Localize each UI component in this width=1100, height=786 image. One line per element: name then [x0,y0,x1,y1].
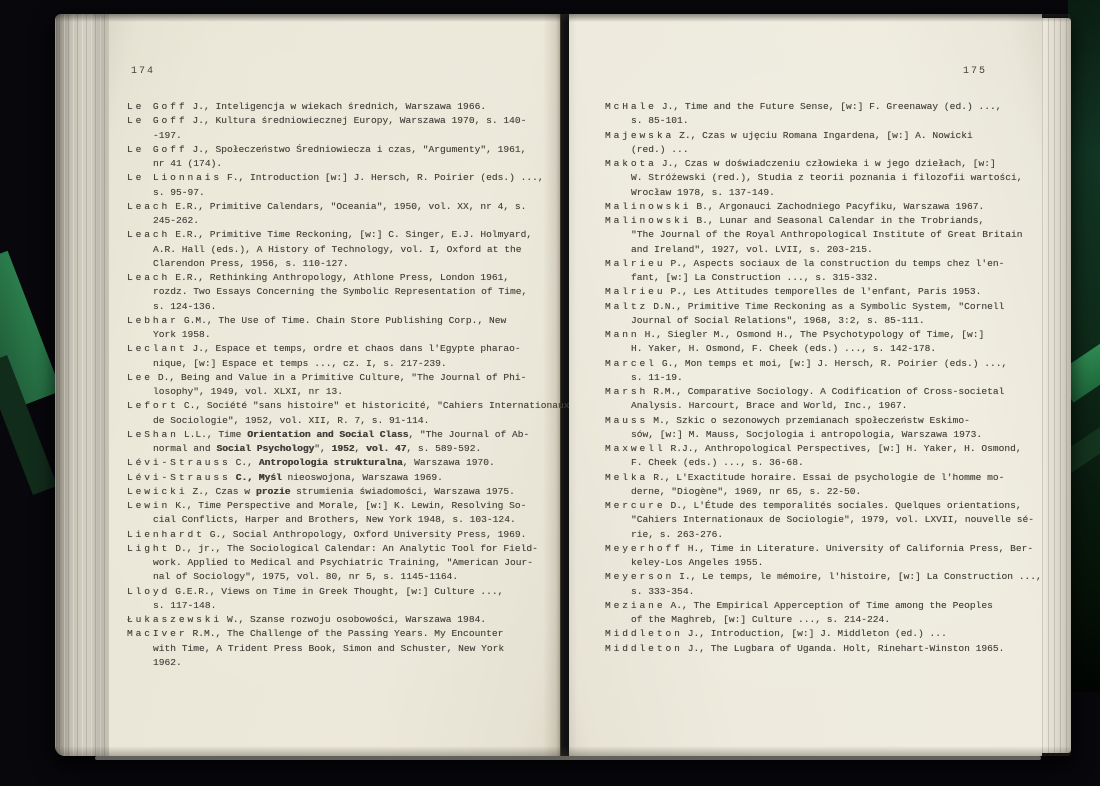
entry-first-line: MaussM., Szkic o sezonowych przemianach … [605,414,1041,428]
entry-first-line: LeclantJ., Espace et temps, ordre et cha… [127,342,559,356]
overtyped-text: Social Psychology [216,443,314,454]
entry-first-line: MalrieuP., Les Attitudes temporelles de … [605,285,1041,299]
bibliography-entry: Le LionnaisF., Introduction [w:] J. Hers… [127,171,559,200]
overtyped-text: Antropologia strukturalna [259,457,403,468]
entry-continuation-line: s. 333-354. [605,585,1041,599]
entry-continuation-line: F. Cheek (eds.) ..., s. 36-68. [605,456,1041,470]
entry-first-line: LewinK., Time Perspective and Morale, [w… [127,499,559,513]
entry-continuation-line: with Time, A Trident Press Book, Simon a… [127,642,559,656]
bibliography-entry: MercureD., L'Étude des temporalités soci… [605,499,1041,542]
book-top-shadow [55,14,1071,22]
author-name: Malinowski [605,215,691,226]
author-name: Melka [605,472,648,483]
entry-continuation-line: nr 41 (174). [127,157,559,171]
entry-continuation-line: work. Applied to Medical and Psychiatric… [127,556,559,570]
bibliography-entry: LefortC., Société "sans histoire" et his… [127,399,559,428]
entry-continuation-line: nal of Sociology", 1975, vol. 80, nr 5, … [127,570,559,584]
right-page: 175 McHaleJ., Time and the Future Sense,… [569,14,1042,756]
entry-first-line: McHaleJ., Time and the Future Sense, [w:… [605,100,1041,114]
overtyped-text: 1952 [332,443,355,454]
entry-first-line: MarshR.M., Comparative Sociology. A Codi… [605,385,1041,399]
bibliography-entry: MelkaR., L'Exactitude horaire. Essai de … [605,471,1041,500]
author-name: Lévi-Strauss [127,472,231,483]
bibliography-entry: MiddletonJ., The Lugbara of Uganda. Holt… [605,642,1041,656]
bibliography-entry: LeclantJ., Espace et temps, ordre et cha… [127,342,559,371]
entry-continuation-line: fant, [w:] La Construction ..., s. 315-3… [605,271,1041,285]
author-name: McHale [605,101,657,112]
bibliography-entry: Lévi-StraussC., Antropologia strukturaln… [127,456,559,470]
bibliography-list-left: Le GoffJ., Inteligencja w wiekach średni… [127,100,559,670]
right-page-edges [1042,18,1071,753]
entry-first-line: Le GoffJ., Inteligencja w wiekach średni… [127,100,559,114]
entry-continuation-line: sów, [w:] M. Mauss, Socjologia i antropo… [605,428,1041,442]
entry-continuation-line: nique, [w:] Espace et temps ..., cz. I, … [127,357,559,371]
entry-first-line: MalinowskiB., Lunar and Seasonal Calenda… [605,214,1041,228]
entry-first-line: MeyersonI., Le temps, le mémoire, l'hist… [605,570,1041,584]
entry-continuation-line: rie, s. 263-276. [605,528,1041,542]
entry-continuation-line: derne, "Diogène", 1969, nr 65, s. 22-50. [605,485,1041,499]
author-name: Light [127,543,170,554]
author-name: Meyerhoff [605,543,683,554]
entry-first-line: LebharG.M., The Use of Time. Chain Store… [127,314,559,328]
bibliography-entry: MiddletonJ., Introduction, [w:] J. Middl… [605,627,1041,641]
entry-first-line: Lévi-StraussC., Antropologia strukturaln… [127,456,559,470]
author-name: Lewin [127,500,170,511]
entry-first-line: MaltzD.N., Primitive Time Reckoning as a… [605,300,1041,314]
overtyped-text: C., Myśl [236,472,282,483]
author-name: Łukaszewski [127,614,222,625]
bibliography-entry: MalrieuP., Aspects sociaux de la constru… [605,257,1041,286]
overtyped-text: prozie [256,486,291,497]
bibliography-entry: MarshR.M., Comparative Sociology. A Codi… [605,385,1041,414]
author-name: Lévi-Strauss [127,457,231,468]
bibliography-entry: MalinowskiB., Lunar and Seasonal Calenda… [605,214,1041,257]
entry-first-line: Le GoffJ., Społeczeństwo Średniowiecza i… [127,143,559,157]
entry-continuation-line: Journal of Social Relations", 1968, 3:2,… [605,314,1041,328]
bibliography-entry: LeeD., Being and Value in a Primitive Cu… [127,371,559,400]
author-name: Lienhardt [127,529,205,540]
entry-continuation-line: losophy", 1949, vol. XLXI, nr 13. [127,385,559,399]
entry-continuation-line: 1962. [127,656,559,670]
entry-continuation-line: keley-Los Angeles 1955. [605,556,1041,570]
entry-continuation-line: s. 95-97. [127,186,559,200]
entry-first-line: LightD., jr., The Sociological Calendar:… [127,542,559,556]
bibliography-entry: MaussM., Szkic o sezonowych przemianach … [605,414,1041,443]
bibliography-entry: LewickiZ., Czas w prozie strumienia świa… [127,485,559,499]
author-name: Marsh [605,386,648,397]
entry-first-line: Lévi-StraussC., Myśl nieoswojona, Warsza… [127,471,559,485]
entry-first-line: MajewskaZ., Czas w ujęciu Romana Ingarde… [605,129,1041,143]
entry-first-line: LeachE.R., Primitive Calendars, "Oceania… [127,200,559,214]
author-name: Meyerson [605,571,674,582]
page-number-left: 174 [131,66,155,77]
author-name: Leach [127,272,170,283]
entry-continuation-line: "Cahiers Internationaux de Sociologie", … [605,513,1041,527]
entry-first-line: MeyerhoffH., Time in Literature. Univers… [605,542,1041,556]
entry-continuation-line: and Ireland", 1927, vol. LVII, s. 203-21… [605,243,1041,257]
author-name: Makota [605,158,657,169]
author-name: Lee [127,372,153,383]
author-name: Mercure [605,500,665,511]
entry-first-line: MalrieuP., Aspects sociaux de la constru… [605,257,1041,271]
entry-first-line: Le LionnaisF., Introduction [w:] J. Hers… [127,171,559,185]
entry-first-line: LeachE.R., Primitive Time Reckoning, [w:… [127,228,559,242]
author-name: Lebhar [127,315,179,326]
bibliography-entry: LloydG.E.R., Views on Time in Greek Thou… [127,585,559,614]
left-page: 174 Le GoffJ., Inteligencja w wiekach śr… [109,14,560,756]
bibliography-entry: LebharG.M., The Use of Time. Chain Store… [127,314,559,343]
entry-continuation-line: rozdz. Two Essays Concerning the Symboli… [127,285,559,299]
bibliography-entry: MeyersonI., Le temps, le mémoire, l'hist… [605,570,1041,599]
author-name: Majewska [605,130,674,141]
entry-first-line: LienhardtG., Social Anthropology, Oxford… [127,528,559,542]
entry-first-line: MercureD., L'Étude des temporalités soci… [605,499,1041,513]
entry-first-line: Le GoffJ., Kultura średniowiecznej Europ… [127,114,559,128]
entry-first-line: MezianeA., The Empirical Apperception of… [605,599,1041,613]
author-name: Le Goff [127,115,187,126]
entry-first-line: MannH., Siegler M., Osmond H., The Psych… [605,328,1041,342]
entry-first-line: MakotaJ., Czas w doświadczeniu człowieka… [605,157,1041,171]
entry-continuation-line: Wrocław 1978, s. 137-149. [605,186,1041,200]
bibliography-entry: LewinK., Time Perspective and Morale, [w… [127,499,559,528]
entry-continuation-line: normal and Social Psychology", 1952, vol… [127,442,559,456]
bibliography-entry: LienhardtG., Social Anthropology, Oxford… [127,528,559,542]
entry-first-line: MelkaR., L'Exactitude horaire. Essai de … [605,471,1041,485]
entry-continuation-line: of the Maghreb, [w:] Culture ..., s. 214… [605,613,1041,627]
entry-continuation-line: s. 124-136. [127,300,559,314]
author-name: Malrieu [605,286,665,297]
entry-continuation-line: A.R. Hall (eds.), A History of Technolog… [127,243,559,257]
bibliography-entry: LeachE.R., Rethinking Anthropology, Athl… [127,271,559,314]
entry-first-line: MiddletonJ., Introduction, [w:] J. Middl… [605,627,1041,641]
entry-continuation-line: York 1958. [127,328,559,342]
bibliography-entry: MezianeA., The Empirical Apperception of… [605,599,1041,628]
bibliography-entry: MannH., Siegler M., Osmond H., The Psych… [605,328,1041,357]
entry-first-line: LloydG.E.R., Views on Time in Greek Thou… [127,585,559,599]
author-name: Middleton [605,643,683,654]
entry-first-line: MiddletonJ., The Lugbara of Uganda. Holt… [605,642,1041,656]
entry-first-line: MaxwellR.J., Anthropological Perspective… [605,442,1041,456]
author-name: Lewicki [127,486,187,497]
entry-first-line: MalinowskiB., Argonauci Zachodniego Pacy… [605,200,1041,214]
book-spread: 174 Le GoffJ., Inteligencja w wiekach śr… [55,14,1071,756]
author-name: Le Goff [127,101,187,112]
entry-continuation-line: s. 117-148. [127,599,559,613]
author-name: MacIver [127,628,187,639]
book-bottom-shadow [55,746,1071,756]
bibliography-entry: Le GoffJ., Kultura średniowiecznej Europ… [127,114,559,143]
bibliography-entry: MaltzD.N., Primitive Time Reckoning as a… [605,300,1041,329]
author-name: Meziane [605,600,665,611]
author-name: Le Lionnais [127,172,222,183]
entry-continuation-line: -197. [127,129,559,143]
entry-continuation-line: s. 11-19. [605,371,1041,385]
author-name: Le Goff [127,144,187,155]
entry-continuation-line: de Sociologie", 1952, vol. XII, R. 7, s.… [127,414,559,428]
entry-continuation-line: cial Conflicts, Harper and Brothers, New… [127,513,559,527]
bibliography-entry: MajewskaZ., Czas w ujęciu Romana Ingarde… [605,129,1041,158]
author-name: Leach [127,229,170,240]
bibliography-entry: MeyerhoffH., Time in Literature. Univers… [605,542,1041,571]
author-name: LeShan [127,429,179,440]
entry-continuation-line: (red.) ... [605,143,1041,157]
bibliography-entry: MalrieuP., Les Attitudes temporelles de … [605,285,1041,299]
entry-first-line: ŁukaszewskiW., Szanse rozwoju osobowości… [127,613,559,627]
author-name: Malrieu [605,258,665,269]
overtyped-text: Orientation and Social Class [247,429,408,440]
entry-continuation-line: "The Journal of the Royal Anthropologica… [605,228,1041,242]
overtyped-text: vol. 47 [366,443,406,454]
author-name: Middleton [605,628,683,639]
entry-continuation-line: s. 85-101. [605,114,1041,128]
entry-first-line: LewickiZ., Czas w prozie strumienia świa… [127,485,559,499]
bibliography-entry: Lévi-StraussC., Myśl nieoswojona, Warsza… [127,471,559,485]
author-name: Lefort [127,400,179,411]
bibliography-entry: ŁukaszewskiW., Szanse rozwoju osobowości… [127,613,559,627]
entry-first-line: LefortC., Société "sans histoire" et his… [127,399,559,413]
entry-first-line: MarcelG., Mon temps et moi, [w:] J. Hers… [605,357,1041,371]
entry-first-line: LeeD., Being and Value in a Primitive Cu… [127,371,559,385]
bibliography-entry: MalinowskiB., Argonauci Zachodniego Pacy… [605,200,1041,214]
bibliography-entry: LeachE.R., Primitive Time Reckoning, [w:… [127,228,559,271]
entry-continuation-line: Analysis. Harcourt, Brace and World, Inc… [605,399,1041,413]
author-name: Leach [127,201,170,212]
left-page-edges [55,14,111,756]
bibliography-entry: Le GoffJ., Inteligencja w wiekach średni… [127,100,559,114]
bibliography-entry: MarcelG., Mon temps et moi, [w:] J. Hers… [605,357,1041,386]
entry-continuation-line: W. Stróżewski (red.), Studia z teorii po… [605,171,1041,185]
author-name: Maxwell [605,443,665,454]
bibliography-list-right: McHaleJ., Time and the Future Sense, [w:… [605,100,1041,656]
entry-first-line: LeachE.R., Rethinking Anthropology, Athl… [127,271,559,285]
author-name: Mauss [605,415,648,426]
bibliography-entry: McHaleJ., Time and the Future Sense, [w:… [605,100,1041,129]
bibliography-entry: MacIverR.M., The Challenge of the Passin… [127,627,559,670]
author-name: Leclant [127,343,187,354]
photo-background: 174 Le GoffJ., Inteligencja w wiekach śr… [0,0,1100,786]
bibliography-entry: MakotaJ., Czas w doświadczeniu człowieka… [605,157,1041,200]
page-number-right: 175 [963,66,987,77]
entry-continuation-line: Clarendon Press, 1956, s. 110-127. [127,257,559,271]
entry-continuation-line: H. Yaker, H. Osmond, F. Cheek (eds.) ...… [605,342,1041,356]
entry-first-line: LeShanL.L., Time Orientation and Social … [127,428,559,442]
entry-continuation-line: 245-262. [127,214,559,228]
author-name: Mann [605,329,640,340]
author-name: Malinowski [605,201,691,212]
author-name: Lloyd [127,586,170,597]
author-name: Maltz [605,301,648,312]
author-name: Marcel [605,358,657,369]
bibliography-entry: MaxwellR.J., Anthropological Perspective… [605,442,1041,471]
entry-first-line: MacIverR.M., The Challenge of the Passin… [127,627,559,641]
bibliography-entry: LeShanL.L., Time Orientation and Social … [127,428,559,457]
bibliography-entry: LightD., jr., The Sociological Calendar:… [127,542,559,585]
bibliography-entry: Le GoffJ., Społeczeństwo Średniowiecza i… [127,143,559,172]
bibliography-entry: LeachE.R., Primitive Calendars, "Oceania… [127,200,559,229]
